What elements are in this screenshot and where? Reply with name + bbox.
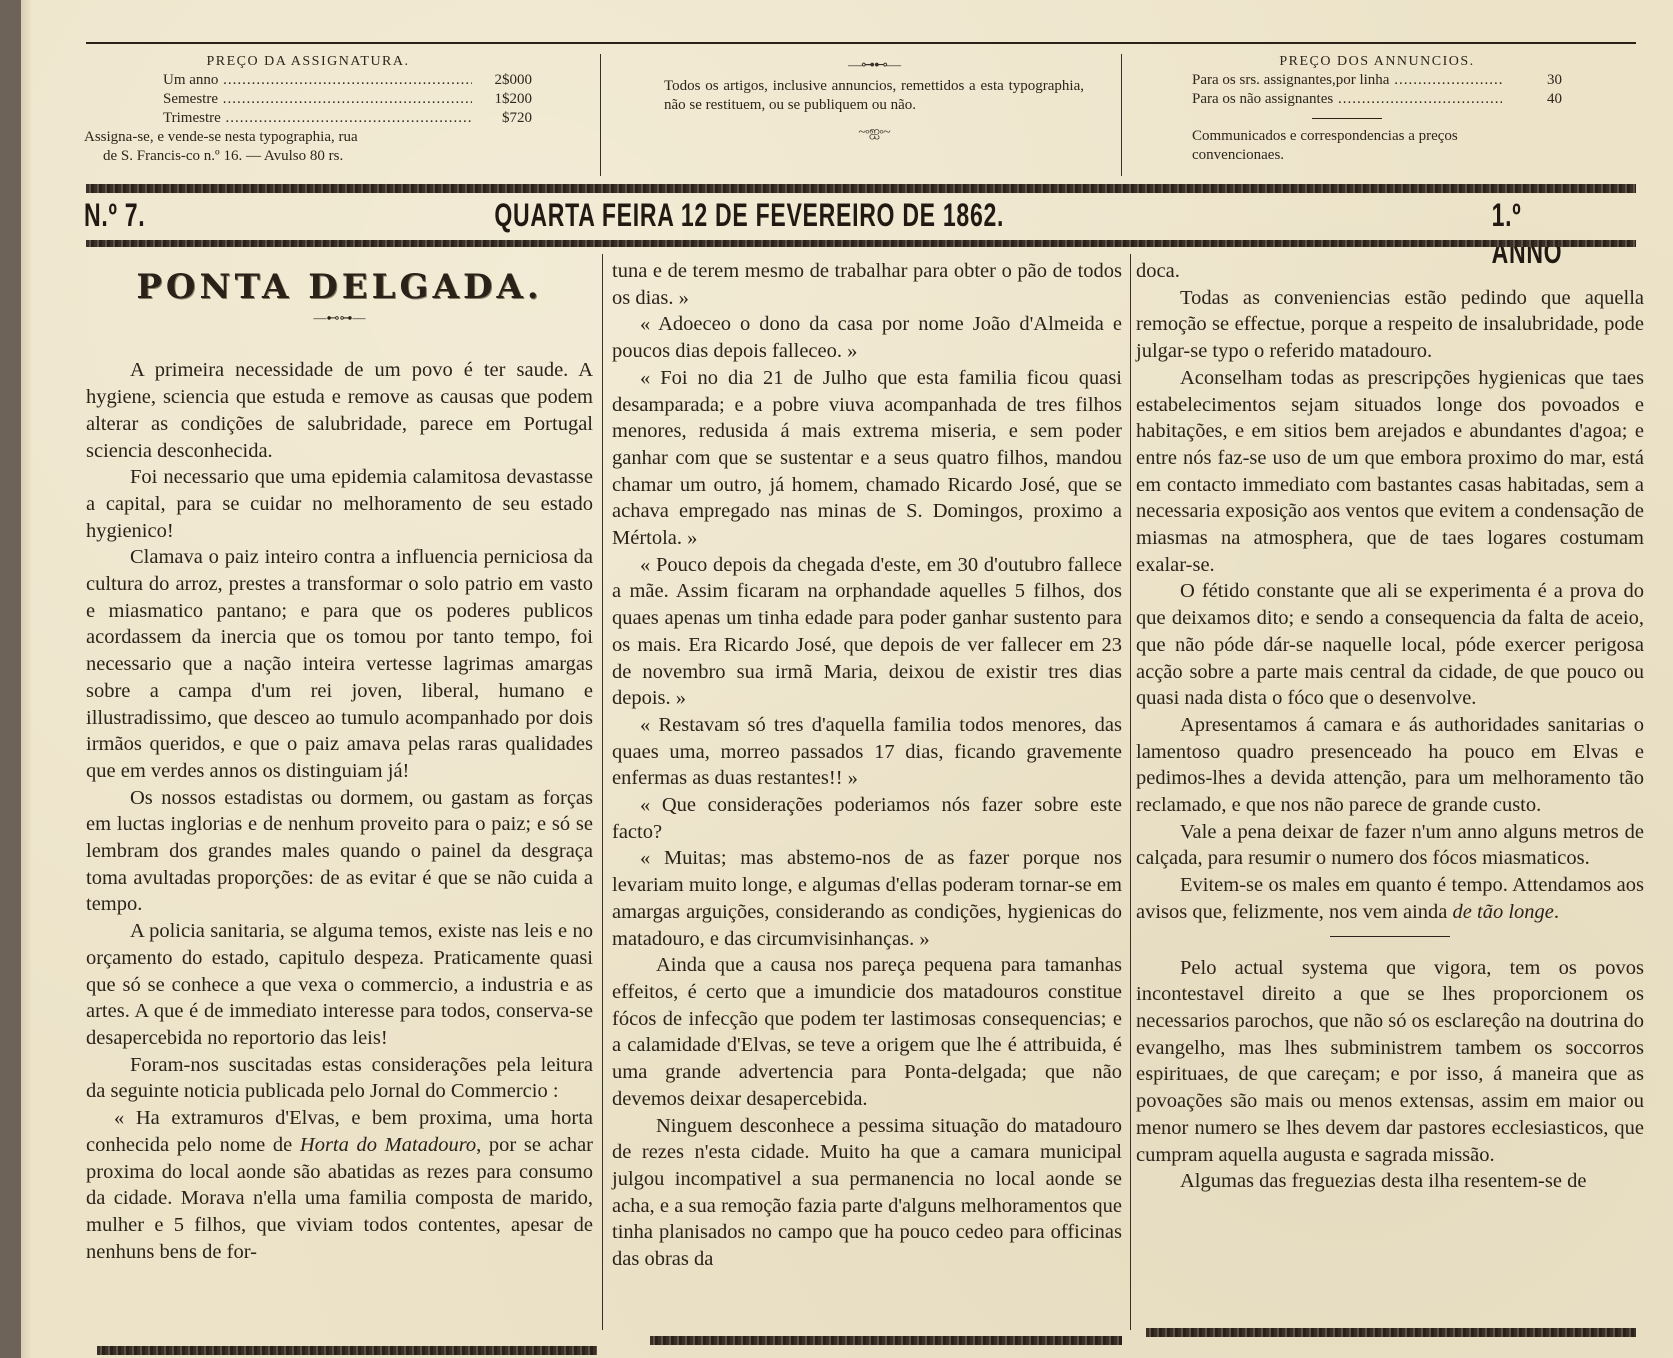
ornament-bottom-icon: ~◦ஐ◦~ <box>664 123 1084 142</box>
paper-margin <box>21 0 31 1358</box>
notice-box: —⊶⊷— Todos os artigos, inclusive annunci… <box>664 52 1084 142</box>
issue-date: QUARTA FEIRA 12 DE FEVEREIRO DE 1862. <box>494 197 1004 234</box>
article-column-2: tuna e de terem mesmo de trabalhar para … <box>612 258 1122 1273</box>
ad-price-value: 40 <box>1502 90 1562 109</box>
ornament-top-icon: —⊶⊷— <box>664 56 1084 75</box>
article-paragraph: Ninguem desconhece a pessima situação do… <box>612 1113 1122 1273</box>
subscription-box: PREÇO DA ASSIGNATURA. Um anno2$000Semest… <box>84 52 532 166</box>
bottom-rule-1 <box>97 1346 597 1355</box>
article-paragraph: Apresentamos á camara e ás authoridades … <box>1136 712 1644 819</box>
subscription-price-row: Trimestre$720 <box>163 109 532 128</box>
article-paragraph: « Foi no dia 21 de Julho que esta famili… <box>612 365 1122 552</box>
column-divider-2 <box>1130 254 1131 1330</box>
article-paragraph: A primeira necessidade de um povo é ter … <box>86 357 593 464</box>
top-rule <box>86 42 1636 44</box>
ads-divider <box>1312 118 1382 119</box>
title-ornament-icon: —⊷⊶— <box>86 305 593 332</box>
subscription-note-1: Assigna-se, e vende-se nesta typographia… <box>84 128 532 147</box>
issue-number: N.º 7. <box>84 197 145 234</box>
ads-title: PREÇO DOS ANNUNCIOS. <box>1192 52 1562 71</box>
article-paragraph: « Pouco depois da chegada d'este, em 30 … <box>612 552 1122 712</box>
article-paragraph: O fétido constante que ali se experiment… <box>1136 578 1644 712</box>
article-paragraph: « Que considerações poderiamos nós fazer… <box>612 792 1122 845</box>
article-paragraph: Foi necessario que uma epidemia calamito… <box>86 464 593 544</box>
article-paragraph: Pelo actual systema que vigora, tem os p… <box>1136 955 1644 1169</box>
article-paragraph: « Muitas; mas abstemo-nos de as fazer po… <box>612 845 1122 952</box>
bottom-rule-2 <box>650 1336 1122 1345</box>
article-paragraph: Algumas das freguezias desta ilha resent… <box>1136 1168 1644 1195</box>
article-paragraph: « Restavam só tres d'aquella familia tod… <box>612 712 1122 792</box>
article-paragraph: Evitem-se os males em quanto é tempo. At… <box>1136 872 1644 925</box>
ads-box: PREÇO DOS ANNUNCIOS. Para os srs. assign… <box>1192 52 1562 165</box>
article-paragraph: Clamava o paiz inteiro contra a influenc… <box>86 544 593 784</box>
article-paragraph: Todas as conveniencias estão pedindo que… <box>1136 285 1644 365</box>
ad-price-label: Para os não assignantes <box>1192 90 1502 109</box>
subscription-price-value: 2$000 <box>472 71 532 90</box>
article-paragraph: Vale a pena deixar de fazer n'um anno al… <box>1136 819 1644 872</box>
header-divider-1 <box>600 54 601 176</box>
ad-price-row: Para os srs. assignantes,por linha30 <box>1192 71 1562 90</box>
subscription-price-label: Um anno <box>163 71 472 90</box>
article-paragraph: Ainda que a causa nos pareça pequena par… <box>612 952 1122 1112</box>
article-column-1: PONTA DELGADA. —⊷⊶— A primeira necessida… <box>86 256 593 1265</box>
ad-price-label: Para os srs. assignantes,por linha <box>1192 71 1502 90</box>
article-title: PONTA DELGADA. <box>86 274 593 301</box>
subscription-price-label: Semestre <box>163 90 472 109</box>
italic-phrase: de tão longe <box>1453 901 1554 923</box>
ad-price-value: 30 <box>1502 71 1562 90</box>
section-divider <box>1330 936 1450 937</box>
subscription-price-value: 1$200 <box>472 90 532 109</box>
header-divider-2 <box>1121 54 1122 176</box>
notice-text: Todos os artigos, inclusive annuncios, r… <box>664 77 1084 115</box>
ads-price-list: Para os srs. assignantes,por linha30Para… <box>1192 71 1562 109</box>
article-paragraph: tuna e de terem mesmo de trabalhar para … <box>612 258 1122 311</box>
masthead: N.º 7. QUARTA FEIRA 12 DE FEVEREIRO DE 1… <box>84 195 1201 239</box>
article-paragraph: Aconselham todas as prescripções hygieni… <box>1136 365 1644 579</box>
masthead-bottom-rule <box>86 240 1636 247</box>
ads-note: Communicados e correspondencias a preços… <box>1192 127 1502 165</box>
subscription-price-label: Trimestre <box>163 109 472 128</box>
subscription-note-2: de S. Francis-co n.º 16. — Avulso 80 rs. <box>84 147 532 166</box>
article-paragraph: « Adoeceo o dono da casa por nome João d… <box>612 311 1122 364</box>
bottom-rule-3 <box>1146 1328 1636 1337</box>
subscription-price-row: Um anno2$000 <box>163 71 532 90</box>
italic-phrase: Horta do Matadouro <box>300 1134 476 1156</box>
article-paragraph: doca. <box>1136 258 1644 285</box>
article-paragraph: Os nossos estadistas ou dormem, ou gasta… <box>86 785 593 919</box>
article-paragraph: A policia sanitaria, se alguma temos, ex… <box>86 918 593 1052</box>
scan-edge <box>0 0 21 1358</box>
subscription-title: PREÇO DA ASSIGNATURA. <box>84 52 532 71</box>
masthead-top-rule <box>86 184 1636 193</box>
article-paragraph: « Ha extramuros d'Elvas, e bem proxima, … <box>86 1105 593 1265</box>
article-column-3: doca.Todas as conveniencias estão pedind… <box>1136 258 1644 1195</box>
column-divider-1 <box>602 254 603 1330</box>
article-paragraph: Foram-nos suscitadas estas considerações… <box>86 1052 593 1105</box>
subscription-price-row: Semestre1$200 <box>163 90 532 109</box>
subscription-price-list: Um anno2$000Semestre1$200Trimestre$720 <box>84 71 532 128</box>
subscription-price-value: $720 <box>472 109 532 128</box>
ad-price-row: Para os não assignantes40 <box>1192 90 1562 109</box>
